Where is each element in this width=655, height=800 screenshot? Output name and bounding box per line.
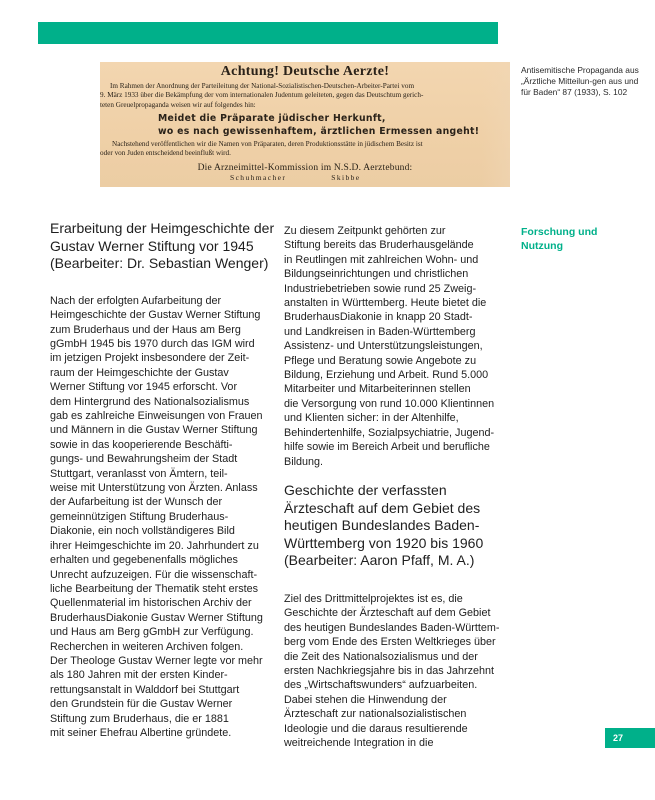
body-text: Nach der erfolgten Aufarbeitung der Heim… [50,294,282,741]
document-paragraph-line: teten Greuelpropaganda weisen wir auf fo… [100,101,510,110]
signatory-name: Skibbe [331,173,429,182]
left-column: Erarbeitung der Heimgeschichte der Gusta… [50,220,282,740]
document-signature: Die Arzneimittel-Kommission im N.S.D. Ae… [100,163,510,173]
section-label: Forschung und Nutzung [521,226,641,253]
document-title: Achtung! Deutsche Aerzte! [100,64,510,80]
body-text: Ziel des Drittmittelprojektes ist es, di… [284,592,514,750]
historical-document-image: Achtung! Deutsche Aerzte! Im Rahmen der … [100,62,510,187]
document-paragraph-line: Nachstehend veröffentlichen wir die Name… [100,140,510,149]
document-bold-line: Meidet die Präparate jüdischer Herkunft, [158,113,510,125]
document-bold-line: wo es nach gewissenhaftem, ärztlichen Er… [158,126,510,138]
document-signatories: Schuhmacher Skibbe [100,173,510,182]
section-heading: Geschichte der verfassten Ärzteschaft au… [284,482,514,570]
signatory-name: Schuhmacher [230,173,328,182]
document-paragraph-line: oder von Juden entscheidend beeinflußt w… [100,149,510,158]
document-paragraph-line: 9. März 1933 über die Bekämpfung der vom… [100,91,510,100]
page-number: 27 [605,728,655,748]
section-heading: Erarbeitung der Heimgeschichte der Gusta… [50,220,282,273]
middle-column: Zu diesem Zeitpunkt gehörten zur Stiftun… [284,220,514,750]
body-text: Zu diesem Zeitpunkt gehörten zur Stiftun… [284,224,514,469]
document-paragraph-line: Im Rahmen der Anordnung der Parteileitun… [100,82,510,91]
header-accent-bar [38,22,498,44]
image-caption: Antisemitische Propaganda aus „Ärztliche… [521,65,646,97]
